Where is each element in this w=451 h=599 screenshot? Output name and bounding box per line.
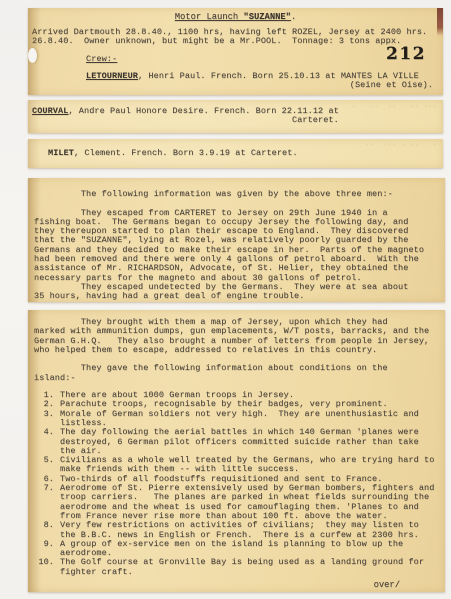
arrival-line: 26.8.40. Owner unknown, but might be a M… xyxy=(32,37,443,46)
paper-damage-spot xyxy=(28,48,37,63)
list-item-text: The day following the aerial battles in … xyxy=(60,428,445,456)
list-item-text: Civilians as a whole well treated by the… xyxy=(60,456,445,475)
map-line: island:- xyxy=(34,374,445,383)
list-item-number: 7. xyxy=(28,484,60,521)
scanned-document-page: Motor Launch "SUZANNE". Arrived Dartmout… xyxy=(0,0,451,599)
ink-bleedthrough: . .. .. .. ... xyxy=(351,102,437,110)
narrative-line: 35 hours, having had a great deal of eng… xyxy=(34,292,445,301)
title-prefix: Motor Launch xyxy=(175,12,244,22)
arrival-paragraph: Arrived Dartmouth 28.8.40., 1100 hrs, ha… xyxy=(28,22,443,47)
list-item-number: 8. xyxy=(28,521,60,540)
paper-strip-header: Motor Launch "SUZANNE". Arrived Dartmout… xyxy=(28,8,443,95)
crew-surname: LETOURNEUR xyxy=(86,71,138,81)
paper-strip-conditions: They brought with them a map of Jersey, … xyxy=(28,310,445,592)
crew-details-line2: (Seine et Oise). xyxy=(86,81,443,90)
list-item: 4.The day following the aerial battles i… xyxy=(28,428,445,456)
map-line: They gave the following information abou… xyxy=(34,364,445,373)
list-item-text: Morale of German soldiers not very high.… xyxy=(60,410,445,429)
list-item-number: 4. xyxy=(28,428,60,456)
paper-strip-courval: . .. .. .. ... COURVAL, Andre Paul Honor… xyxy=(28,100,443,133)
vessel-name: "SUZANNE" xyxy=(243,12,291,22)
list-item: 9.A group of ex-service men on the islan… xyxy=(28,540,445,559)
map-paragraph: They brought with them a map of Jersey, … xyxy=(28,310,445,383)
list-item: 8.Very few restrictions on activities of… xyxy=(28,521,445,540)
crew-member-letourneur: LETOURNEUR, Henri Paul. French. Born 25.… xyxy=(86,72,443,91)
crew-surname: MILET xyxy=(48,148,74,158)
list-item-number: 10. xyxy=(28,558,60,577)
list-item-text: A group of ex-service men on the island … xyxy=(60,540,445,559)
map-line: who helped them to escape, addressed to … xyxy=(34,346,445,355)
paper-strip-milet: .. ... . .. . MILET, Clement. French. Bo… xyxy=(28,139,443,168)
list-item: 5.Civilians as a whole well treated by t… xyxy=(28,456,445,475)
list-item-number: 5. xyxy=(28,456,60,475)
list-item: 3.Morale of German soldiers not very hig… xyxy=(28,410,445,429)
list-item: 7.Aerodrome of St. Pierre extensively us… xyxy=(28,484,445,521)
document-title: Motor Launch "SUZANNE". xyxy=(28,8,443,22)
page-number-stamp: 212 xyxy=(386,44,426,64)
paper-strip-narrative: The following information was given by t… xyxy=(28,178,445,302)
list-item-number: 3. xyxy=(28,410,60,429)
list-item-text: Very few restrictions on activities of c… xyxy=(60,521,445,540)
list-item-number: 9. xyxy=(28,540,60,559)
crew-details: , Clement. French. Born 3.9.19 at Carter… xyxy=(74,148,298,158)
crew-details-line2: Carteret. xyxy=(292,116,443,125)
list-item-text: Aerodrome of St. Pierre extensively used… xyxy=(60,484,445,521)
narrative-paragraphs: The following information was given by t… xyxy=(28,178,445,302)
conditions-list: 1.There are about 1000 German troops in … xyxy=(28,391,445,577)
title-suffix: . xyxy=(291,12,296,22)
list-item-text: The Golf course at Gronville Bay is bein… xyxy=(60,558,445,577)
paper-edge-tear xyxy=(437,8,443,36)
ink-bleedthrough: .. ... . .. . xyxy=(365,140,437,148)
continuation-marker: over/ xyxy=(28,580,445,590)
crew-surname: COURVAL xyxy=(32,106,68,116)
list-item: 10.The Golf course at Gronville Bay is b… xyxy=(28,558,445,577)
narrative-line: The following information was given by t… xyxy=(34,190,445,199)
